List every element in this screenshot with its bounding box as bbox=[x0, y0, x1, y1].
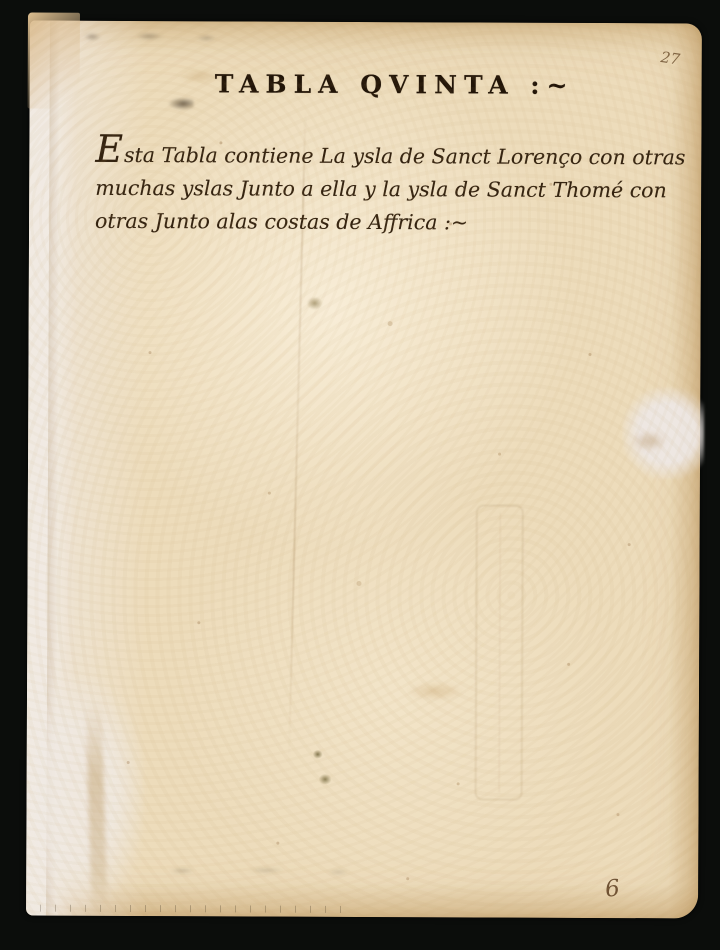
stain bbox=[313, 750, 323, 759]
stain bbox=[632, 431, 666, 451]
folio-number-bottom: 6 bbox=[604, 875, 621, 902]
folio-number-top: 27 bbox=[660, 48, 681, 69]
description-paragraph: Esta Tabla contiene La ysla de Sanct Lor… bbox=[95, 139, 661, 240]
description-line: Esta Tabla contiene La ysla de Sanct Lor… bbox=[95, 139, 661, 174]
stain bbox=[319, 774, 332, 785]
photo-backdrop: 27 TABLA QVINTA :~ Esta Tabla contiene L… bbox=[0, 0, 720, 950]
description-line: muchas yslas Junto a ella y la ysla de S… bbox=[95, 172, 661, 207]
manuscript-page: 27 TABLA QVINTA :~ Esta Tabla contiene L… bbox=[26, 21, 702, 919]
description-line: otras Junto alas costas de Affrica :~ bbox=[95, 205, 661, 240]
show-through-writing-bottom bbox=[134, 863, 374, 879]
stain bbox=[407, 682, 463, 700]
stain bbox=[307, 297, 323, 310]
show-through-scale-bar bbox=[475, 504, 524, 800]
page-title: TABLA QVINTA :~ bbox=[180, 69, 610, 100]
repair-patch bbox=[622, 387, 704, 479]
ink-smudge bbox=[168, 97, 194, 110]
